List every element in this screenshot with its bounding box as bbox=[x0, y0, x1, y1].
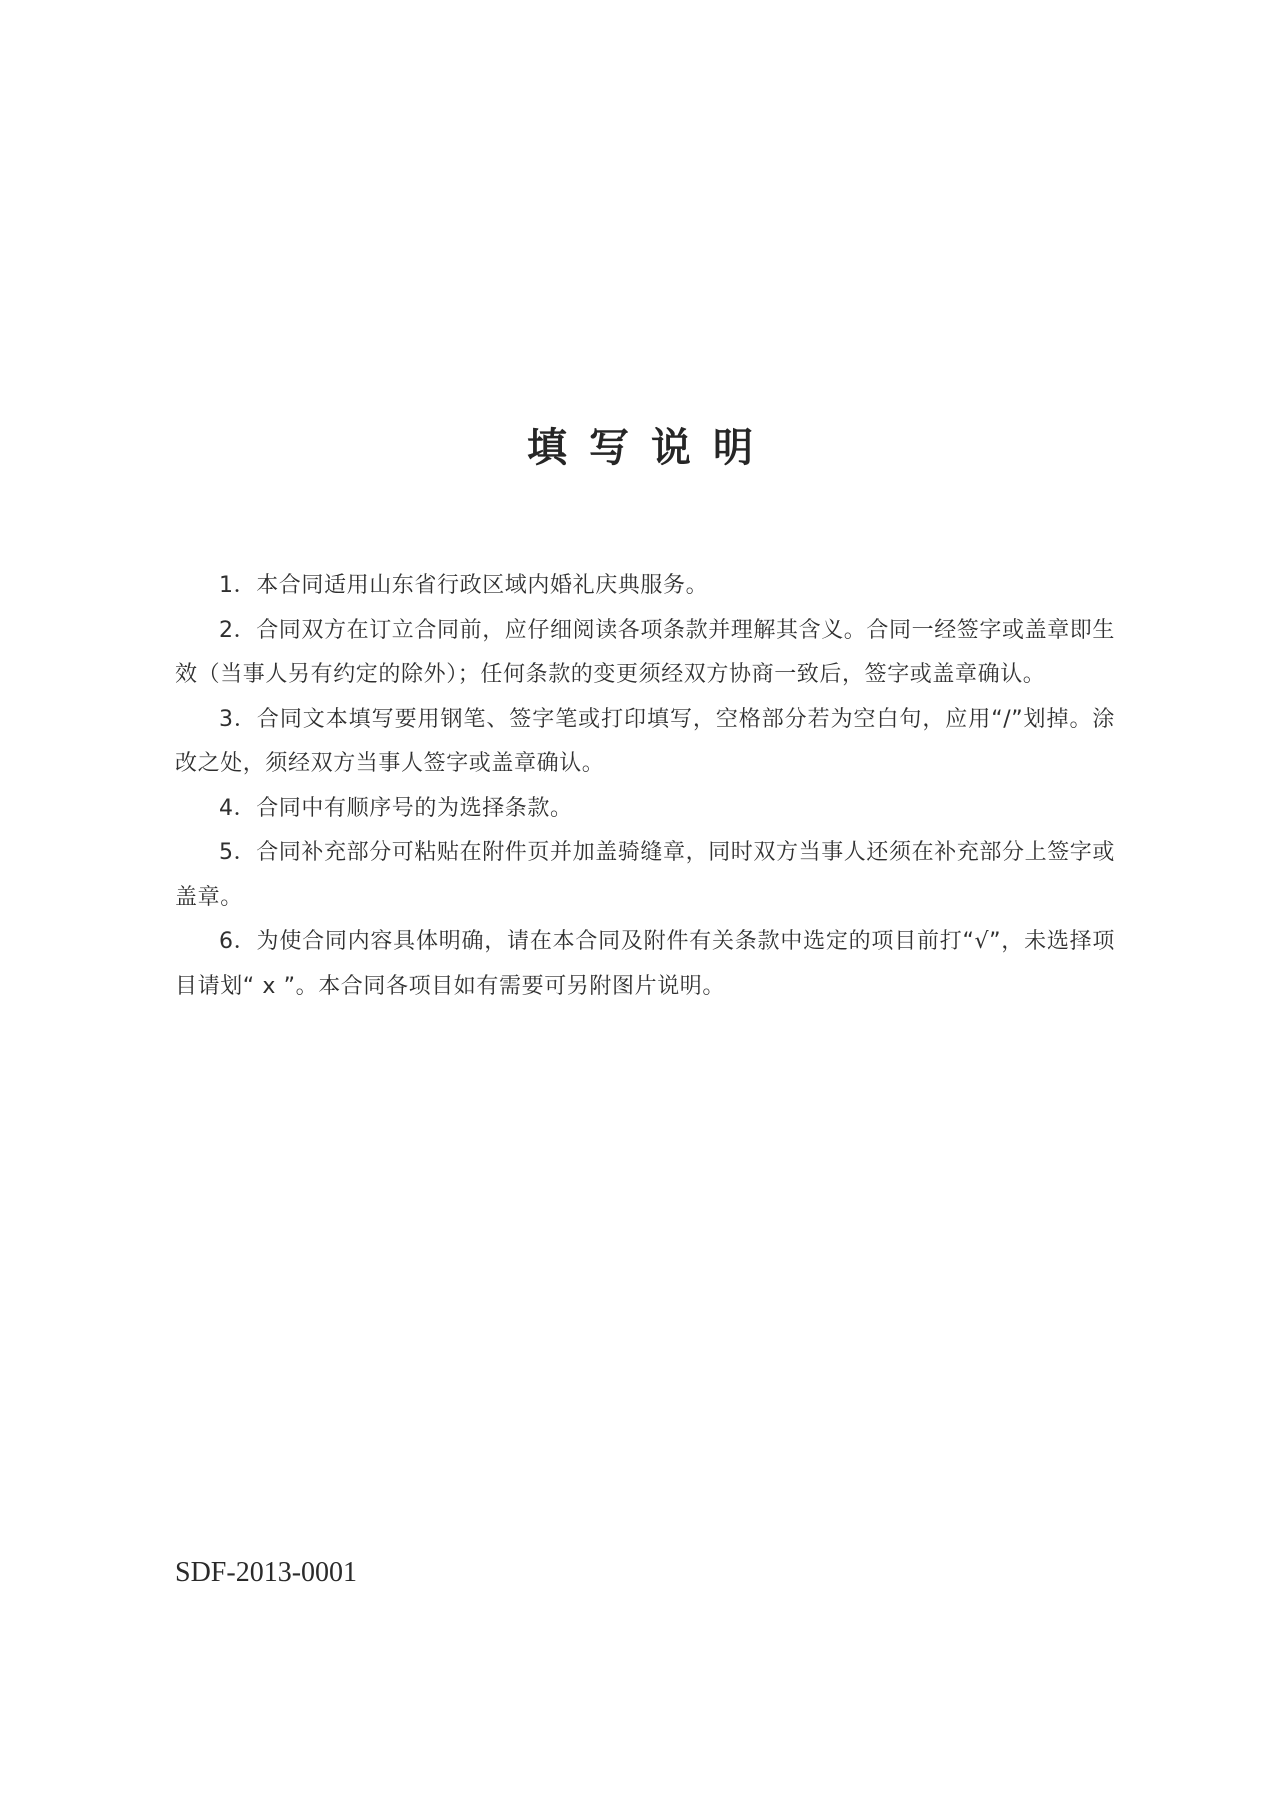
instruction-item-6: 6．为使合同内容具体明确，请在本合同及附件有关条款中选定的项目前打“√”，未选择… bbox=[175, 920, 1115, 1009]
page-title: 填写说明 bbox=[0, 420, 1280, 476]
instruction-item-3: 3．合同文本填写要用钢笔、签字笔或打印填写，空格部分若为空白句，应用“/”划掉。… bbox=[175, 698, 1115, 787]
instruction-item-4: 4．合同中有顺序号的为选择条款。 bbox=[175, 787, 1115, 832]
document-code: SDF-2013-0001 bbox=[175, 1556, 357, 1590]
instruction-item-2: 2．合同双方在订立合同前，应仔细阅读各项条款并理解其含义。合同一经签字或盖章即生… bbox=[175, 609, 1115, 698]
instructions-list: 1．本合同适用山东省行政区域内婚礼庆典服务。 2．合同双方在订立合同前，应仔细阅… bbox=[175, 564, 1115, 1009]
instruction-item-5: 5．合同补充部分可粘贴在附件页并加盖骑缝章，同时双方当事人还须在补充部分上签字或… bbox=[175, 831, 1115, 920]
instruction-item-1: 1．本合同适用山东省行政区域内婚礼庆典服务。 bbox=[175, 564, 1115, 609]
document-page: 填写说明 1．本合同适用山东省行政区域内婚礼庆典服务。 2．合同双方在订立合同前… bbox=[0, 0, 1280, 1810]
